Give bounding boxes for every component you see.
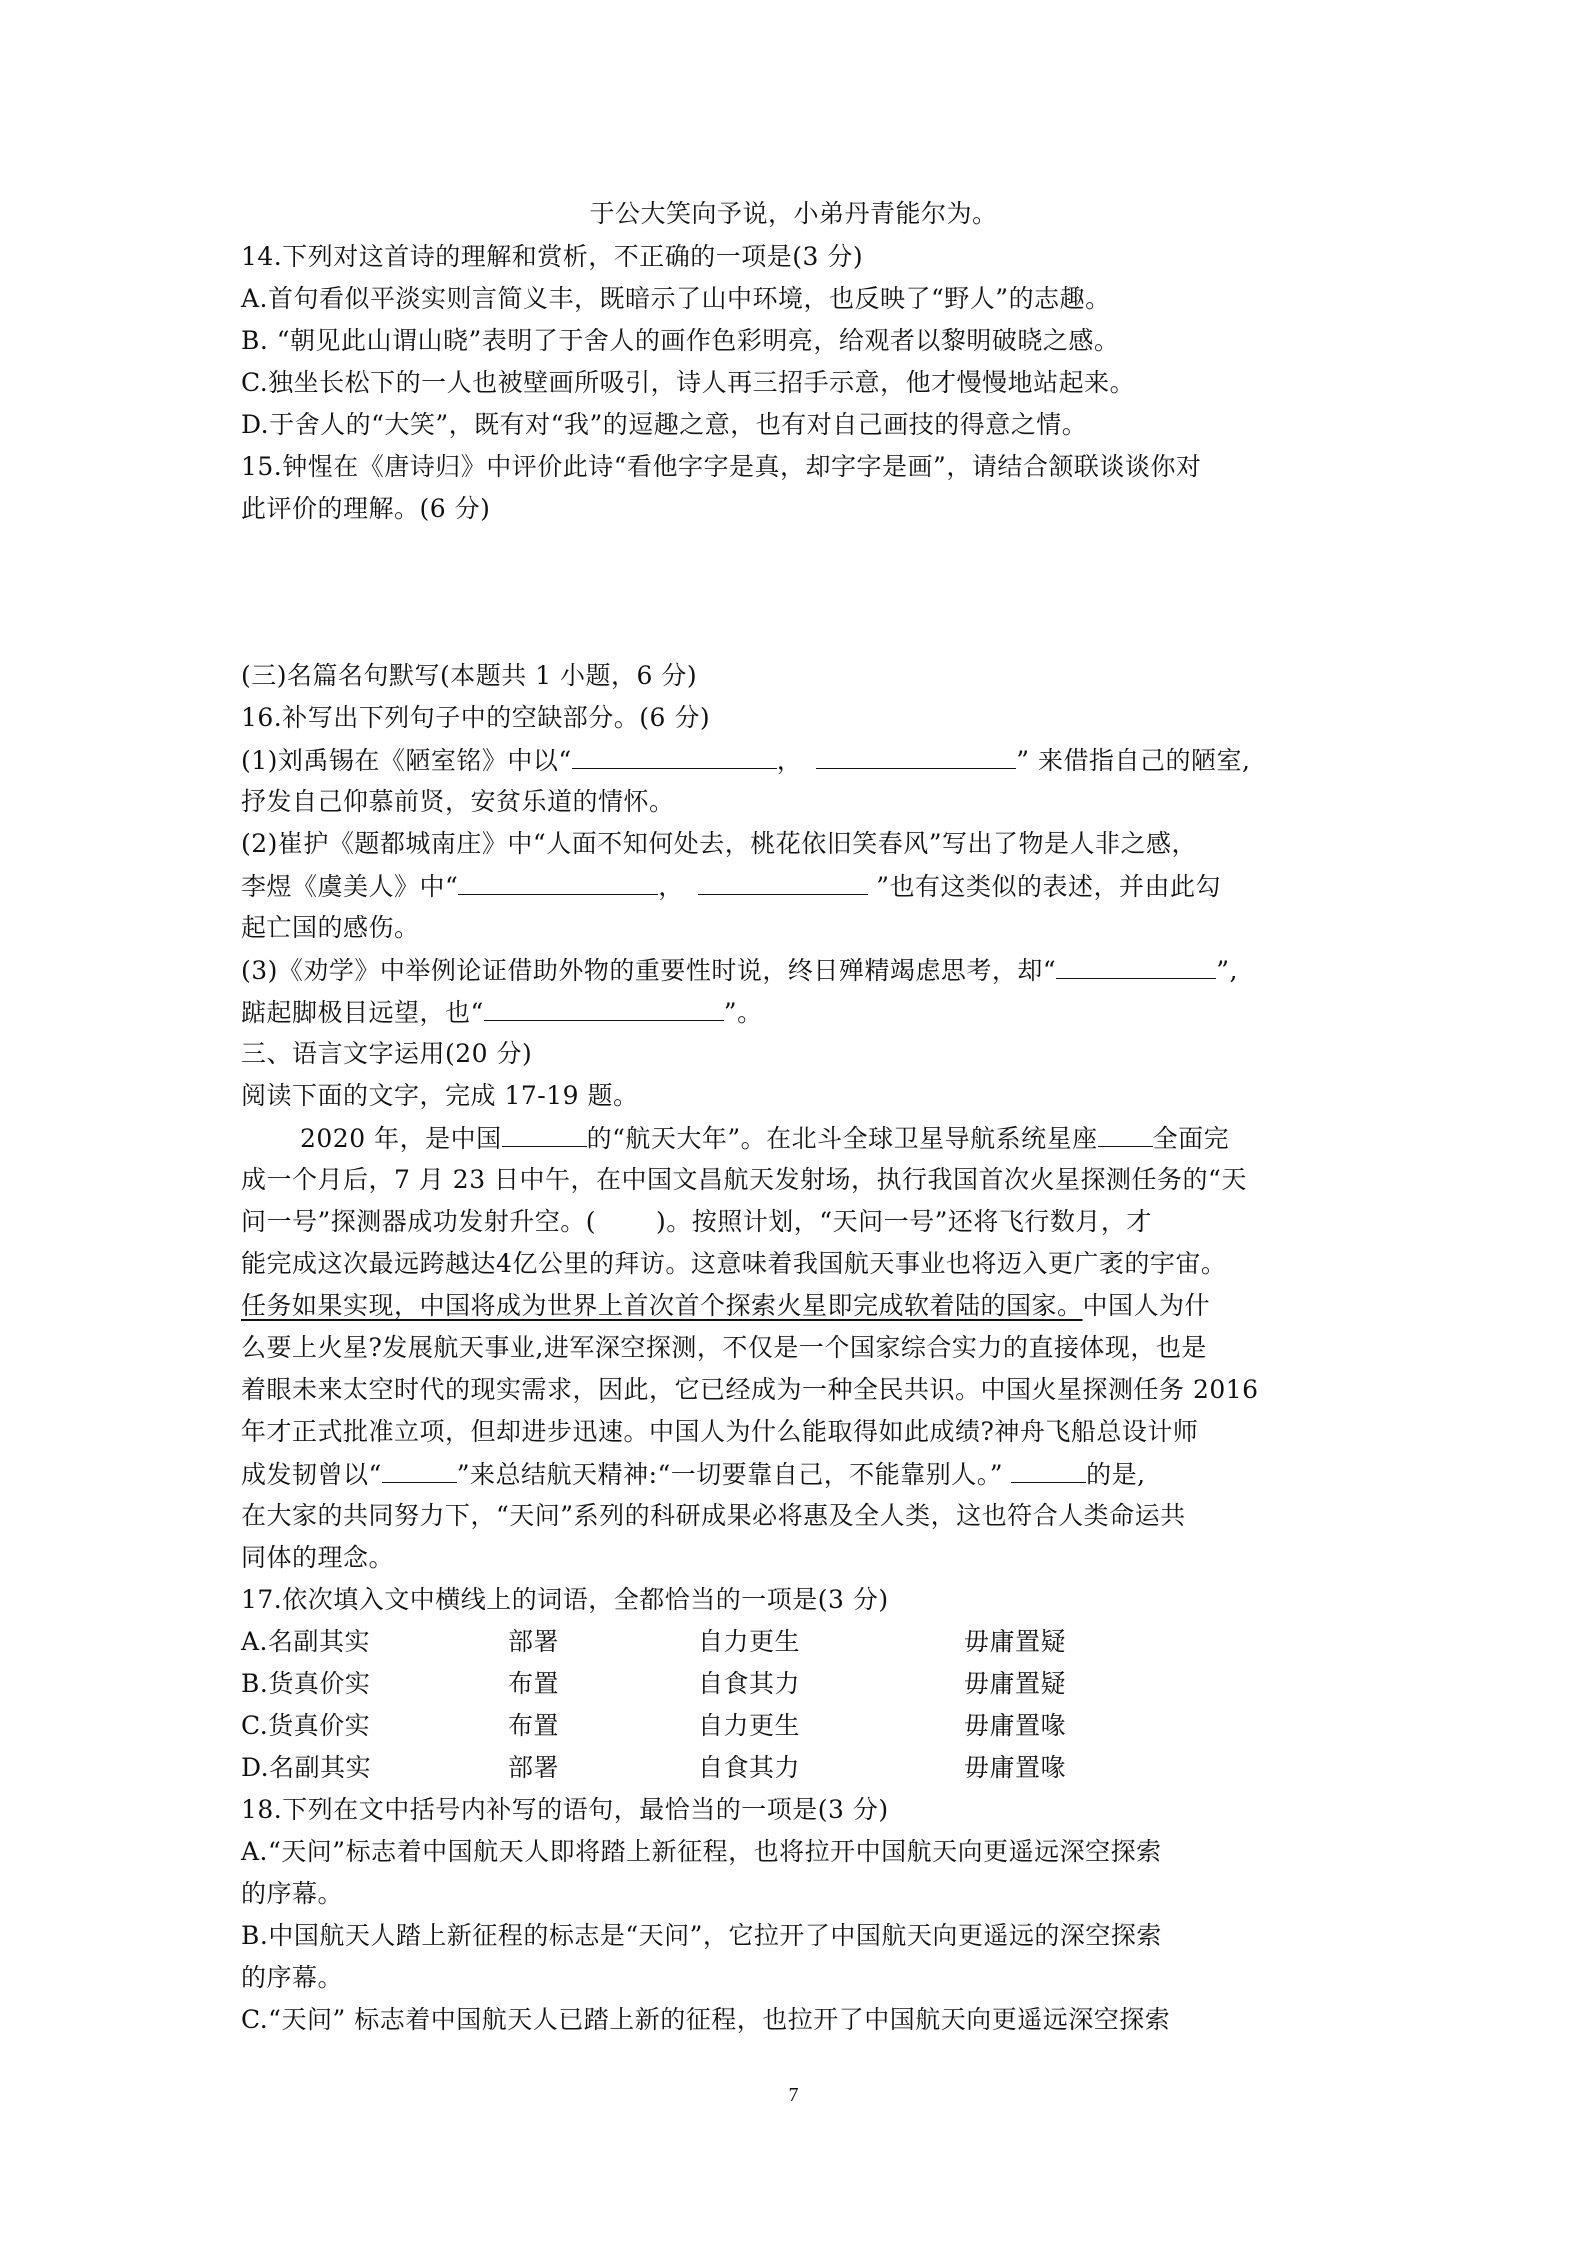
answer-blank[interactable]: [1011, 1456, 1086, 1483]
q14-option-a: A.首句看似平淡实则言简义丰，既暗示了山中环境，也反映了“野人”的志趣。: [241, 281, 1111, 317]
q16-item1-line2: 抒发自己仰慕前贤，安贫乐道的情怀。: [241, 784, 675, 820]
answer-blank[interactable]: [484, 994, 724, 1021]
passage-line-7: 着眼未来太空时代的现实需求，因此，它已经成为一种全民共识。中国火星探测任务 20…: [241, 1372, 1259, 1408]
q16-item1-sep: ，: [777, 746, 803, 775]
option-word: 布置: [508, 1708, 559, 1744]
passage-text: 问一号”探测器成功发射升空。(: [241, 1207, 596, 1236]
q16-item2-pre: 李煜《虞美人》中“: [241, 872, 458, 901]
passage-line-11: 同体的理念。: [241, 1540, 394, 1576]
passage-text: ”来总结航天精神:“一切要靠自己，不能靠别人。”: [457, 1460, 1003, 1489]
option-word: 毋庸置疑: [964, 1624, 1066, 1660]
q16-item3-line2: 踮起脚极目远望，也“”。: [241, 994, 763, 1031]
passage-line-10: 在大家的共同努力下，“天问”系列的科研成果必将惠及全人类，这也符合人类命运共: [241, 1498, 1186, 1534]
option-word: 毋庸置喙: [964, 1708, 1066, 1744]
poem-last-line: 于公大笑向予说，小弟丹青能尔为。: [0, 196, 1587, 232]
section-3-heading: (三)名篇名句默写(本题共 1 小题，6 分): [241, 658, 697, 694]
option-word: 自食其力: [698, 1666, 800, 1702]
option-word: 自力更生: [698, 1624, 800, 1660]
passage-line-2: 成一个月后，7 月 23 日中午，在中国文昌航天发射场，执行我国首次火星探测任务…: [241, 1162, 1247, 1198]
passage-line-9: 成发韧曾以“”来总结航天精神:“一切要靠自己，不能靠别人。”的是,: [241, 1456, 1146, 1493]
option-word: 毋庸置喙: [964, 1750, 1066, 1786]
option-word: A.名副其实: [241, 1624, 370, 1660]
passage-text: 中国人为什: [1083, 1291, 1211, 1320]
q14-option-b: B. “朝见此山谓山晓”表明了于舍人的画作色彩明亮，给观者以黎明破晓之感。: [241, 323, 1119, 359]
q16-item2-line2: 李煜《虞美人》中“， ”也有这类似的表述，并由此勾: [241, 868, 1221, 905]
option-word: C.货真价实: [241, 1708, 370, 1744]
q18-option-c-line1: C.“天问” 标志着中国航天人已踏上新的征程，也拉开了中国航天向更遥远深空探索: [241, 2002, 1170, 2038]
q15-line2: 此评价的理解。(6 分): [241, 491, 490, 527]
option-word: 部署: [508, 1624, 559, 1660]
q18-option-b-line2: 的序幕。: [241, 1960, 343, 1996]
q18-stem: 18.下列在文中括号内补写的语句，最恰当的一项是(3 分): [241, 1792, 889, 1828]
underlined-sentence: 任务如果实现，中国将成为世界上首次首个探索火星即完成软着陆的国家。: [241, 1291, 1083, 1320]
q16-stem: 16.补写出下列句子中的空缺部分。(6 分): [241, 700, 710, 736]
q16-item2-line1: (2)崔护《题都城南庄》中“人面不知何处去，桃花依旧笑春风”写出了物是人非之感，: [241, 826, 1197, 862]
passage-text: 成发韧曾以“: [241, 1460, 382, 1489]
option-word: 部署: [508, 1750, 559, 1786]
passage-line-5: 任务如果实现，中国将成为世界上首次首个探索火星即完成软着陆的国家。中国人为什: [241, 1288, 1210, 1324]
q16-item1-post: ” 来借指自己的陋室,: [1016, 746, 1250, 775]
answer-blank[interactable]: [1056, 952, 1216, 979]
passage-line-1: 2020 年，是中国的“航天大年”。在北斗全球卫星导航系统星座全面完: [300, 1120, 1229, 1157]
passage-line-3: 问一号”探测器成功发射升空。()。按照计划，“天问一号”还将飞行数月，才: [241, 1204, 1152, 1240]
q16-item1-pre: (1)刘禹锡在《陋室铭》中以“: [241, 746, 572, 775]
q14-option-d: D.于舍人的“大笑”，既有对“我”的逗趣之意，也有对自己画技的得意之情。: [241, 407, 1087, 443]
option-word: 自力更生: [698, 1708, 800, 1744]
option-word: 自食其力: [698, 1750, 800, 1786]
q16-item3-pre: (3)《劝学》中举例论证借助外物的重要性时说，终日殚精竭虑思考，却“: [241, 956, 1056, 985]
q16-item2-post: ”也有这类似的表述，并由此勾: [868, 872, 1221, 901]
reading-instruction: 阅读下面的文字，完成 17-19 题。: [241, 1078, 638, 1114]
answer-blank[interactable]: [572, 742, 777, 769]
q16-item1-line1: (1)刘禹锡在《陋室铭》中以“，” 来借指自己的陋室,: [241, 742, 1250, 779]
q17-stem: 17.依次填入文中横线上的词语，全都恰当的一项是(3 分): [241, 1582, 889, 1618]
q18-option-a-line1: A.“天问”标志着中国航天人即将踏上新征程，也将拉开中国航天向更遥远深空探索: [241, 1834, 1162, 1870]
q15-line1: 15.钟惺在《唐诗归》中评价此诗“看他字字是真，却字字是画”，请结合颔联谈谈你对: [241, 449, 1201, 485]
q18-option-a-line2: 的序幕。: [241, 1876, 343, 1912]
q16-item2-line3: 起亡国的感伤。: [241, 910, 420, 946]
exam-page: 于公大笑向予说，小弟丹青能尔为。 14.下列对这首诗的理解和赏析，不正确的一项是…: [0, 0, 1587, 2245]
answer-blank[interactable]: [698, 868, 868, 895]
option-word: 毋庸置疑: [964, 1666, 1066, 1702]
q16-item3-post2: ”。: [724, 998, 763, 1027]
passage-text: 的是,: [1086, 1460, 1145, 1489]
q16-item3-line1: (3)《劝学》中举例论证借助外物的重要性时说，终日殚精竭虑思考，却“”,: [241, 952, 1238, 989]
passage-line-4: 能完成这次最远跨越达4亿公里的拜访。这意味着我国航天事业也将迈入更广袤的宇宙。: [241, 1246, 1226, 1282]
option-word: 布置: [508, 1666, 559, 1702]
passage-text: 2020 年，是中国: [300, 1124, 502, 1153]
q18-option-b-line1: B.中国航天人踏上新征程的标志是“天问”，它拉开了中国航天向更遥远的深空探索: [241, 1918, 1162, 1954]
q16-item3-pre2: 踮起脚极目远望，也“: [241, 998, 484, 1027]
page-number: 7: [0, 2084, 1587, 2107]
passage-text: 的“航天大年”。在北斗全球卫星导航系统星座: [587, 1124, 1098, 1153]
passage-text: )。按照计划，“天问一号”还将飞行数月，才: [656, 1207, 1152, 1236]
answer-blank[interactable]: [816, 742, 1016, 769]
answer-blank[interactable]: [458, 868, 658, 895]
passage-line-6: 么要上火星?发展航天事业,进军深空探测，不仅是一个国家综合实力的直接体现，也是: [241, 1330, 1207, 1366]
passage-line-8: 年才正式批准立项，但却进步迅速。中国人为什么能取得如此成绩?神舟飞船总设计师: [241, 1414, 1198, 1450]
q14-stem: 14.下列对这首诗的理解和赏析，不正确的一项是(3 分): [241, 239, 863, 275]
passage-text: 全面完: [1153, 1124, 1230, 1153]
q16-item2-sep: ，: [658, 872, 684, 901]
answer-blank[interactable]: [502, 1120, 587, 1147]
q14-option-c: C.独坐长松下的一人也被壁画所吸引，诗人再三招手示意，他才慢慢地站起来。: [241, 365, 1135, 401]
option-word: B.货真价实: [241, 1666, 370, 1702]
answer-blank[interactable]: [1098, 1120, 1153, 1147]
answer-blank[interactable]: [382, 1456, 457, 1483]
q16-item3-post: ”,: [1216, 956, 1238, 985]
option-word: D.名副其实: [241, 1750, 371, 1786]
part-3-heading: 三、语言文字运用(20 分): [241, 1036, 532, 1072]
